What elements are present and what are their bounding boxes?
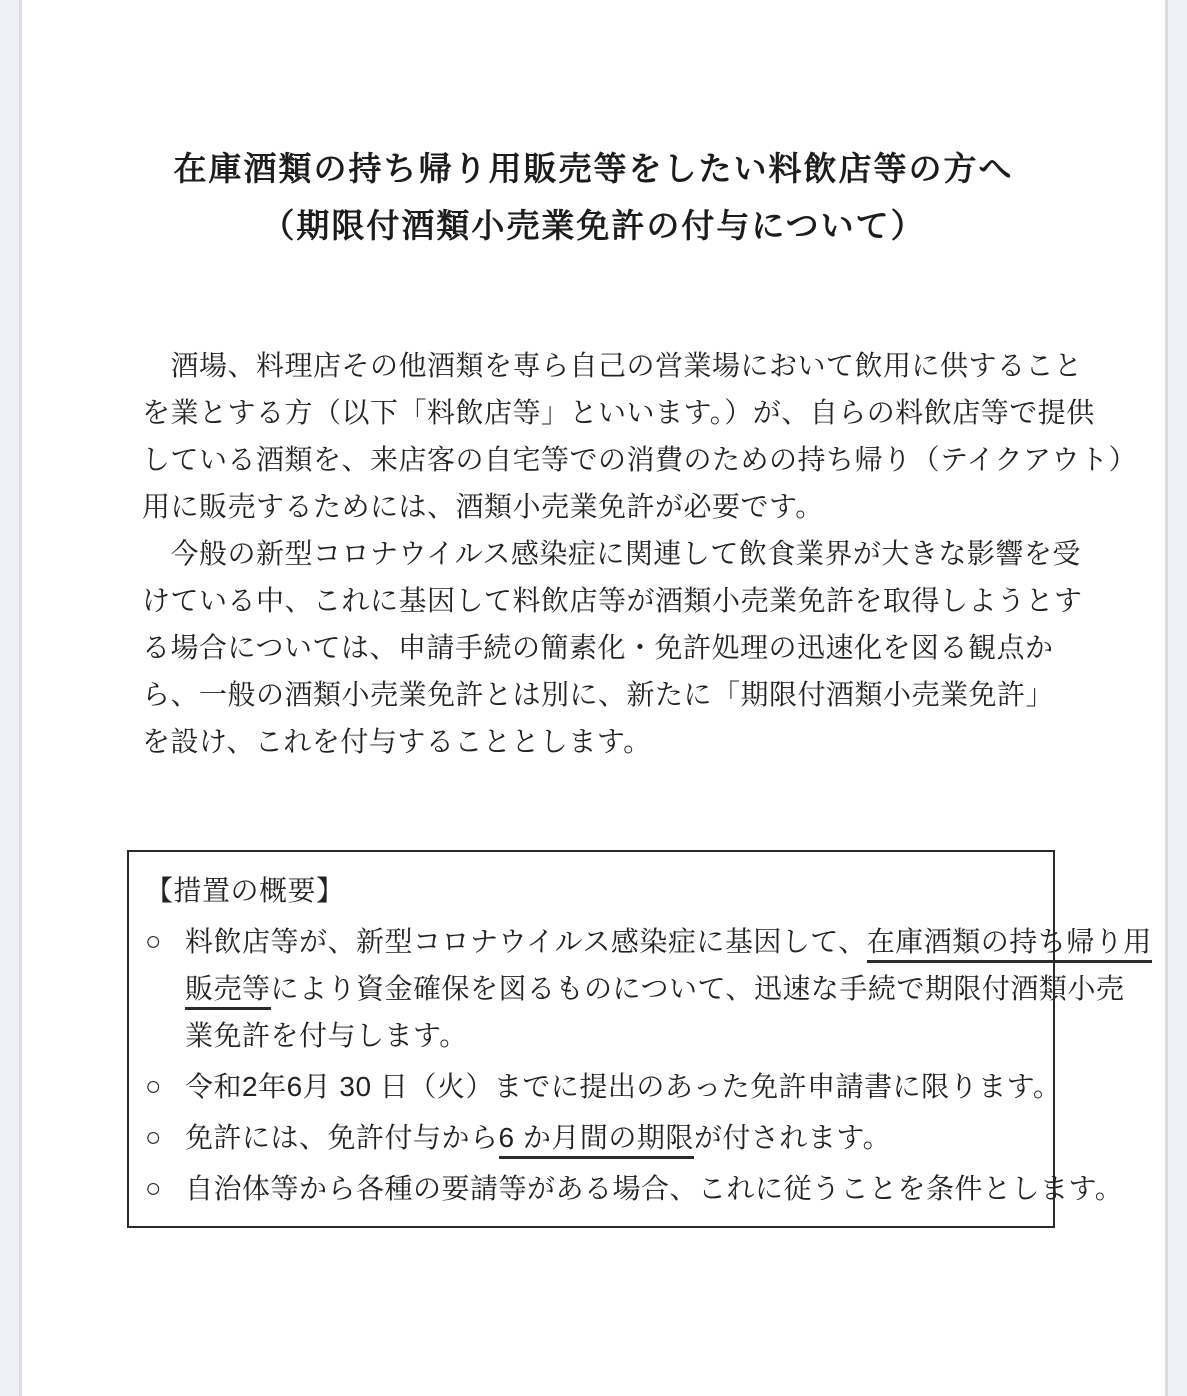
text-line: 酒場、料理店その他酒類を専ら自己の営業場において飲用に供すること [142, 342, 1075, 389]
text-line: 今般の新型コロナウイルス感染症に関連して飲食業界が大きな影響を受 [142, 530, 1075, 577]
circle-bullet-marker: ○ [145, 1165, 185, 1212]
text-segment: が付されます。 [694, 1122, 891, 1153]
underlined-text: 在庫酒類の持ち帰り用 [867, 926, 1152, 963]
page-edge-left [0, 0, 22, 1396]
circle-bullet-marker: ○ [145, 1063, 185, 1110]
paragraph-covid-measure: 今般の新型コロナウイルス感染症に関連して飲食業界が大きな影響を受 けている中、こ… [142, 530, 1075, 765]
underlined-text: 6 か月間の期限 [499, 1122, 694, 1159]
text-segment: 免許には、免許付与から [185, 1122, 499, 1153]
list-item-deadline: ○ 令和2年6月 30 日（火）までに提出のあった免許申請書に限ります。 [145, 1063, 1038, 1110]
paragraph-intro: 酒場、料理店その他酒類を専ら自己の営業場において飲用に供すること を業とする方（… [142, 342, 1075, 530]
text-line: けている中、これに基因して料飲店等が酒類小売業免許を取得しようとす [142, 577, 1075, 624]
page-edge-right [1165, 0, 1187, 1396]
text-line: を業とする方（以下「料飲店等」といいます。）が、自らの料飲店等で提供 [142, 389, 1075, 436]
text-line: 用に販売するためには、酒類小売業免許が必要です。 [142, 483, 1075, 530]
text-line: を設け、これを付与することとします。 [142, 718, 1075, 765]
list-item-license-grant: ○ 料飲店等が、新型コロナウイルス感染症に基因して、在庫酒類の持ち帰り用 販売等… [145, 918, 1038, 1059]
underlined-text: 販売等 [185, 973, 271, 1010]
text-line: 料飲店等が、新型コロナウイルス感染症に基因して、在庫酒類の持ち帰り用 [185, 918, 1038, 965]
text-line: 免許には、免許付与から6 か月間の期限が付されます。 [185, 1114, 1038, 1161]
text-line: 自治体等から各種の要請等がある場合、これに従うことを条件とします。 [185, 1165, 1038, 1212]
summary-box: 【措置の概要】 ○ 料飲店等が、新型コロナウイルス感染症に基因して、在庫酒類の持… [127, 850, 1055, 1228]
page-title-line1: 在庫酒類の持ち帰り用販売等をしたい料飲店等の方へ [22, 140, 1165, 197]
text-segment: 料飲店等が、新型コロナウイルス感染症に基因して、 [185, 926, 867, 957]
list-item-local-government: ○ 自治体等から各種の要請等がある場合、これに従うことを条件とします。 [145, 1165, 1038, 1212]
text-line: る場合については、申請手続の簡素化・免許処理の迅速化を図る観点か [142, 624, 1075, 671]
page-title: 在庫酒類の持ち帰り用販売等をしたい料飲店等の方へ （期限付酒類小売業免許の付与に… [22, 140, 1165, 254]
list-item-text: 料飲店等が、新型コロナウイルス感染症に基因して、在庫酒類の持ち帰り用 販売等によ… [185, 918, 1038, 1059]
text-line: 販売等により資金確保を図るものについて、迅速な手続で期限付酒類小売 [185, 965, 1038, 1012]
text-line: している酒類を、来店客の自宅等での消費のための持ち帰り（テイクアウト） [142, 436, 1075, 483]
text-line: ら、一般の酒類小売業免許とは別に、新たに「期限付酒類小売業免許」 [142, 671, 1075, 718]
list-item-text: 自治体等から各種の要請等がある場合、これに従うことを条件とします。 [185, 1165, 1038, 1212]
text-line: 令和2年6月 30 日（火）までに提出のあった免許申請書に限ります。 [185, 1063, 1038, 1110]
list-item-text: 免許には、免許付与から6 か月間の期限が付されます。 [185, 1114, 1038, 1161]
document-page: 在庫酒類の持ち帰り用販売等をしたい料飲店等の方へ （期限付酒類小売業免許の付与に… [22, 0, 1165, 1396]
document-screen: 在庫酒類の持ち帰り用販売等をしたい料飲店等の方へ （期限付酒類小売業免許の付与に… [0, 0, 1187, 1396]
summary-box-heading: 【措置の概要】 [145, 867, 1038, 914]
list-item-license-term: ○ 免許には、免許付与から6 か月間の期限が付されます。 [145, 1114, 1038, 1161]
document-body: 酒場、料理店その他酒類を専ら自己の営業場において飲用に供すること を業とする方（… [22, 342, 1165, 765]
text-segment: により資金確保を図るものについて、迅速な手続で期限付酒類小売 [271, 973, 1125, 1004]
page-title-line2: （期限付酒類小売業免許の付与について） [22, 197, 1165, 254]
circle-bullet-marker: ○ [145, 918, 185, 965]
circle-bullet-marker: ○ [145, 1114, 185, 1161]
text-line: 業免許を付与します。 [185, 1012, 1038, 1059]
list-item-text: 令和2年6月 30 日（火）までに提出のあった免許申請書に限ります。 [185, 1063, 1038, 1110]
